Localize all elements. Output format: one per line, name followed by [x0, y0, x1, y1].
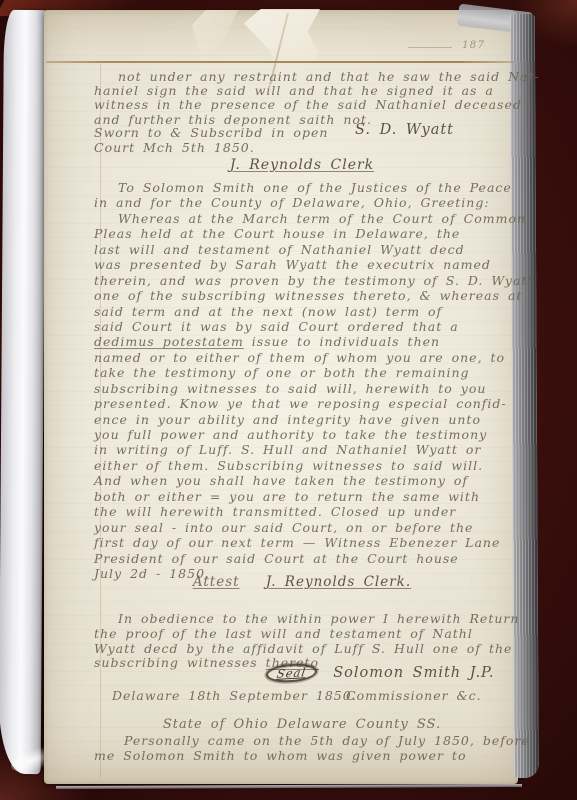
- place-date-text: Delaware 18th September 1850.: [94, 688, 357, 703]
- handwritten-line: And when you shall have taken the testim…: [94, 473, 510, 488]
- handwritten-line: not under any restraint and that he saw …: [94, 70, 510, 84]
- handwritten-line: both or either = you are to return the s…: [94, 489, 510, 504]
- jurat-heading-text: State of Ohio Delaware County SS.: [163, 717, 441, 732]
- handwritten-line: Personally came on the 5th day of July 1…: [94, 733, 510, 748]
- top-ruled-line: [46, 61, 514, 63]
- court-date-text: Court Mch 5th 1850.: [94, 140, 255, 155]
- handwritten-text: dedimus potestatem: [94, 334, 244, 349]
- attest-label: Attest: [193, 574, 240, 590]
- handwritten-line: one of the subscribing witnesses thereto…: [94, 288, 510, 303]
- return-paragraph: In obedience to the within power I herew…: [94, 612, 510, 671]
- handwritten-text: in and for the County of Delaware, Ohio,…: [94, 195, 490, 210]
- seal-scribble: Seal: [265, 663, 319, 684]
- handwritten-line: witness in the presence of the said Nath…: [94, 98, 510, 112]
- handwritten-line: you full power and authority to take the…: [94, 427, 510, 442]
- handwritten-text: ence in your ability and integrity have …: [94, 412, 481, 427]
- page-stack-edge: [510, 14, 539, 778]
- handwritten-line: first day of our next term — Witness Ebe…: [94, 535, 510, 550]
- handwritten-text: either of them. Subscribing witnesses to…: [94, 458, 483, 473]
- handwritten-text: President of our said Court at the Court…: [94, 551, 459, 566]
- justice-signature: Solomon Smith J.P.: [333, 665, 494, 681]
- handwritten-text: Wyatt decd by the affidavit of Luff S. H…: [94, 641, 512, 656]
- sworn-line-2: Court Mch 5th 1850.: [94, 141, 510, 156]
- handwritten-text: the proof of the last will and testament…: [94, 626, 473, 641]
- handwritten-text: witness in the presence of the said Nath…: [94, 97, 522, 112]
- page-fore-edge-ribbon: [0, 10, 46, 774]
- bottom-page-edges-glint: [56, 784, 522, 789]
- handwritten-text: both or either = you are to return the s…: [94, 489, 480, 504]
- page-number: 187: [462, 39, 485, 51]
- handwritten-text: last will and testament of Nathaniel Wya…: [94, 242, 465, 257]
- place-date-row: Delaware 18th September 1850. Commission…: [94, 688, 510, 704]
- handwritten-line: Wyatt decd by the affidavit of Luff S. H…: [94, 642, 510, 657]
- handwritten-line: subscribing witnesses to said will, here…: [94, 381, 510, 396]
- jurat-heading: State of Ohio Delaware County SS.: [94, 717, 550, 732]
- handwritten-line: the will herewith transmitted. Closed up…: [94, 504, 510, 519]
- handwritten-line: therein, and was proven by the testimony…: [94, 273, 510, 288]
- handwritten-line: in writing of Luff. S. Hull and Nathanie…: [94, 442, 510, 457]
- handwritten-line: In obedience to the within power I herew…: [94, 612, 510, 627]
- handwritten-line: President of our said Court at the Court…: [94, 551, 510, 566]
- handwritten-text: To Solomon Smith one of the Justices of …: [118, 180, 512, 195]
- handwritten-line: said term and at the next (now last) ter…: [94, 304, 510, 319]
- clerk-signature-attest: J. Reynolds Clerk.: [266, 574, 411, 590]
- record-book-photo: 187 not under any restraint and that he …: [0, 0, 577, 800]
- handwritten-text: me Solomon Smith to whom was given power…: [94, 748, 466, 763]
- clerk-attestation-heading: J. Reynolds Clerk: [94, 157, 510, 173]
- handwritten-line: To Solomon Smith one of the Justices of …: [94, 180, 510, 195]
- handwritten-line: haniel sign the said will and that he si…: [94, 84, 510, 98]
- writ-paragraph: To Solomon Smith one of the Justices of …: [94, 180, 510, 581]
- handwritten-text: in writing of Luff. S. Hull and Nathanie…: [94, 442, 481, 457]
- handwritten-text: Pleas held at the Court house in Delawar…: [94, 226, 460, 241]
- handwritten-text: first day of our next term — Witness Ebe…: [94, 535, 500, 550]
- handwritten-line: said Court it was by said Court ordered …: [94, 319, 510, 334]
- sworn-block: Sworn to & Subscribd in open S. D. Wyatt…: [94, 126, 510, 155]
- sworn-text: Sworn to & Subscribd in open: [94, 125, 328, 140]
- seal-signature-row: Seal Solomon Smith J.P.: [94, 664, 510, 684]
- handwritten-line: Whereas at the March term of the Court o…: [94, 211, 510, 226]
- handwritten-line: the proof of the last will and testament…: [94, 627, 510, 642]
- handwritten-text: said term and at the next (now last) ter…: [94, 304, 442, 319]
- handwritten-text: named or to either of them of whom you a…: [94, 350, 505, 365]
- handwritten-text: therein, and was proven by the testimony…: [94, 273, 534, 288]
- handwritten-text: you full power and authority to take the…: [94, 427, 487, 442]
- handwritten-text: your seal - into our said Court, on or b…: [94, 520, 473, 535]
- handwritten-text: subscribing witnesses to said will, here…: [94, 381, 486, 396]
- handwritten-text: Whereas at the March term of the Court o…: [118, 211, 526, 226]
- handwritten-line: Pleas held at the Court house in Delawar…: [94, 226, 510, 241]
- deposition-paragraph: not under any restraint and that he saw …: [94, 70, 510, 127]
- handwritten-text: presented. Know ye that we reposing espe…: [94, 396, 507, 411]
- handwritten-line: your seal - into our said Court, on or b…: [94, 520, 510, 535]
- clerk-signature: J. Reynolds Clerk: [230, 157, 374, 173]
- handwritten-line: either of them. Subscribing witnesses to…: [94, 458, 510, 473]
- handwritten-line: in and for the County of Delaware, Ohio,…: [94, 195, 510, 210]
- handwritten-line: was presented by Sarah Wyatt the executr…: [94, 257, 510, 272]
- attest-line: Attest J. Reynolds Clerk.: [94, 574, 510, 590]
- handwritten-text: one of the subscribing witnesses thereto…: [94, 288, 522, 303]
- sworn-line-1: Sworn to & Subscribd in open S. D. Wyatt: [94, 126, 510, 141]
- handwritten-line: last will and testament of Nathaniel Wya…: [94, 242, 510, 257]
- handwritten-text: the will herewith transmitted. Closed up…: [94, 504, 456, 519]
- handwritten-line: dedimus potestatem issue to individuals …: [94, 334, 510, 349]
- handwritten-text: not under any restraint and that he saw …: [118, 69, 540, 84]
- handwritten-text: And when you shall have taken the testim…: [94, 473, 468, 488]
- handwritten-text: haniel sign the said will and that he si…: [94, 83, 494, 98]
- commissioner-text: Commissioner &c.: [346, 688, 482, 703]
- handwritten-line: presented. Know ye that we reposing espe…: [94, 396, 510, 411]
- handwritten-line: named or to either of them of whom you a…: [94, 350, 510, 365]
- handwritten-line: take the testimony of one or both the re…: [94, 365, 510, 380]
- handwritten-text: Personally came on the 5th day of July 1…: [124, 733, 530, 748]
- handwritten-line: me Solomon Smith to whom was given power…: [94, 748, 510, 763]
- handwritten-text: In obedience to the within power I herew…: [118, 611, 519, 626]
- handwritten-text: was presented by Sarah Wyatt the executr…: [94, 257, 491, 272]
- jurat-paragraph: Personally came on the 5th day of July 1…: [94, 733, 510, 763]
- handwritten-text: take the testimony of one or both the re…: [94, 365, 470, 380]
- handwritten-text: issue to individuals then: [244, 334, 440, 349]
- witness-signature: S. D. Wyatt: [355, 123, 454, 138]
- faded-dash-mark: [408, 47, 452, 48]
- handwritten-line: ence in your ability and integrity have …: [94, 412, 510, 427]
- handwritten-text: said Court it was by said Court ordered …: [94, 319, 459, 334]
